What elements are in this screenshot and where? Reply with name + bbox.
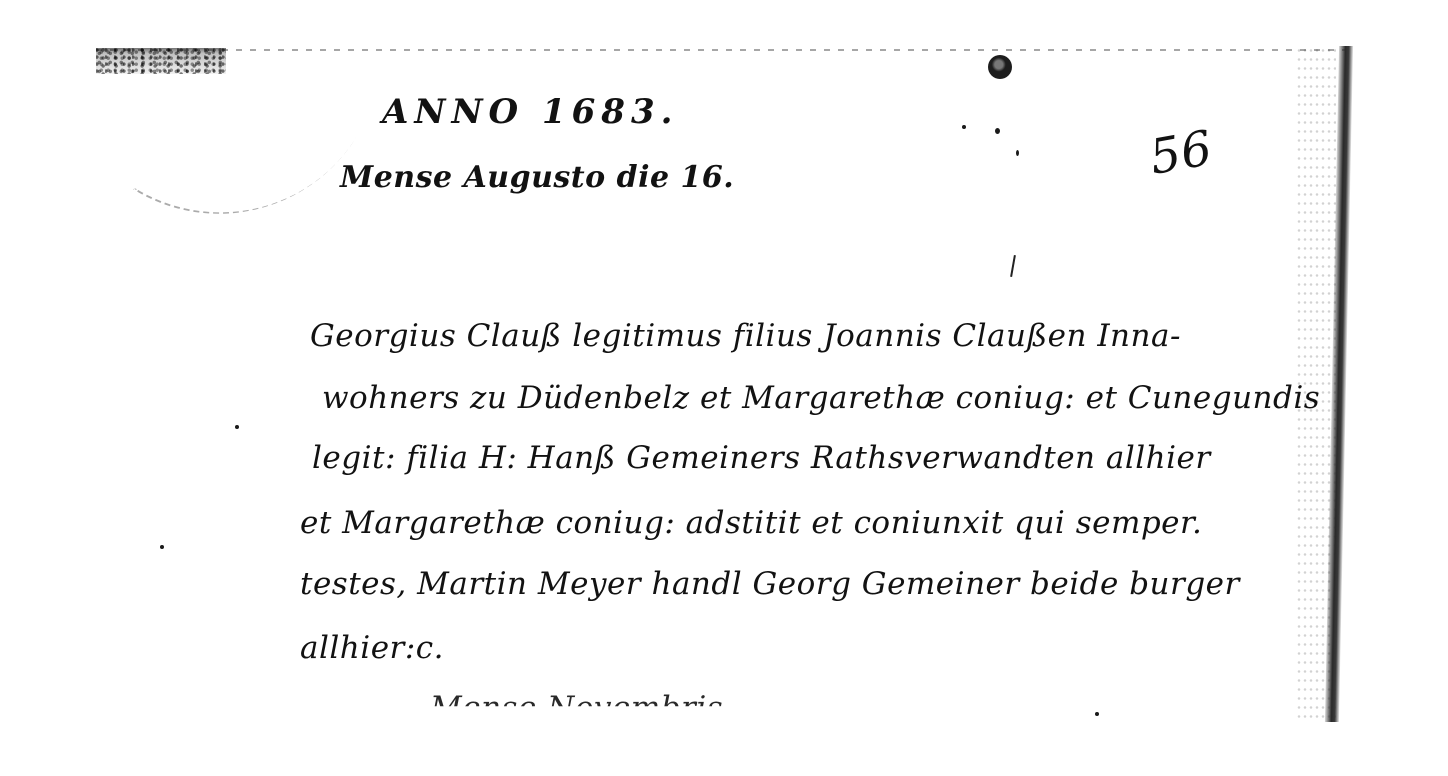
entry-line-6: allhier:c. xyxy=(300,630,444,666)
ink-speck xyxy=(995,128,1000,134)
entry-line-1: Georgius Clauß legitimus filius Joannis … xyxy=(310,318,1181,354)
ink-speck xyxy=(1095,712,1099,716)
ink-speck xyxy=(160,545,164,549)
entry-line-5: testes, Martin Meyer handl Georg Gemeine… xyxy=(300,566,1240,602)
register-year-heading: ANNO 1683. xyxy=(382,92,678,132)
entry-line-2: wohners zu Düdenbelz et Margarethæ coniu… xyxy=(322,380,1320,416)
ink-speck xyxy=(1016,150,1019,156)
ink-speck xyxy=(235,425,239,429)
entry-line-3: legit: filia H: Hanß Gemeiners Rathsverw… xyxy=(312,440,1211,476)
register-date-heading: Mense Augusto die 16. xyxy=(340,160,734,195)
ink-blot xyxy=(988,55,1012,79)
ink-speck xyxy=(962,125,966,129)
entry-line-4: et Margarethæ coniug: adstitit et coniun… xyxy=(300,505,1202,541)
page-number: 56 xyxy=(1146,120,1217,186)
